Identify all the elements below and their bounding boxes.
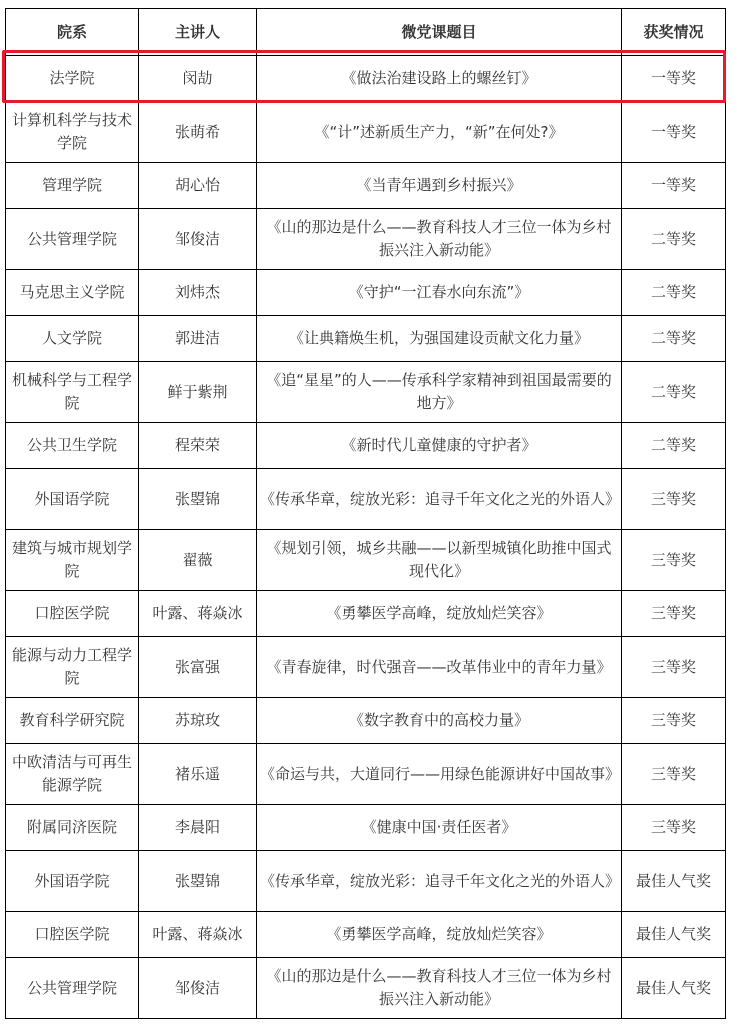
speaker-cell: 张萌希 (139, 102, 257, 163)
speaker-cell: 胡心怡 (139, 163, 257, 209)
table-row: 外国语学院张曌锦《传承华章，绽放光彩：追寻千年文化之光的外语人》最佳人气奖 (6, 851, 726, 912)
header-title: 微党课题目 (257, 9, 622, 56)
dept-cell: 外国语学院 (6, 469, 139, 530)
table-row: 计算机科学与技术学院张萌希《“计”述新质生产力，“新”在何处?》一等奖 (6, 102, 726, 163)
title-cell: 《“计”述新质生产力，“新”在何处?》 (257, 102, 622, 163)
table-row: 公共管理学院邹俊洁《山的那边是什么——教育科技人才三位一体为乡村振兴注入新动能》… (6, 209, 726, 270)
title-cell: 《当青年遇到乡村振兴》 (257, 163, 622, 209)
award-cell: 三等奖 (622, 805, 726, 851)
title-cell: 《勇攀医学高峰，绽放灿烂笑容》 (257, 912, 622, 958)
award-cell: 三等奖 (622, 698, 726, 744)
award-cell: 二等奖 (622, 316, 726, 362)
award-cell: 三等奖 (622, 637, 726, 698)
award-cell: 最佳人气奖 (622, 958, 726, 1019)
table-row: 人文学院郭进洁《让典籍焕生机，为强国建设贡献文化力量》二等奖 (6, 316, 726, 362)
award-cell: 一等奖 (622, 102, 726, 163)
dept-cell: 建筑与城市规划学院 (6, 530, 139, 591)
title-cell: 《勇攀医学高峰，绽放灿烂笑容》 (257, 591, 622, 637)
dept-cell: 能源与动力工程学院 (6, 637, 139, 698)
title-cell: 《做法治建设路上的螺丝钉》 (257, 56, 622, 102)
dept-cell: 公共卫生学院 (6, 423, 139, 469)
title-cell: 《山的那边是什么——教育科技人才三位一体为乡村振兴注入新动能》 (257, 209, 622, 270)
speaker-cell: 张曌锦 (139, 851, 257, 912)
award-cell: 三等奖 (622, 469, 726, 530)
awards-table: 院系 主讲人 微党课题目 获奖情况 法学院闵劼《做法治建设路上的螺丝钉》一等奖计… (5, 8, 726, 1019)
award-cell: 最佳人气奖 (622, 851, 726, 912)
award-cell: 一等奖 (622, 56, 726, 102)
table-row: 马克思主义学院刘炜杰《守护“一江春水向东流”》二等奖 (6, 270, 726, 316)
title-cell: 《新时代儿童健康的守护者》 (257, 423, 622, 469)
dept-cell: 教育科学研究院 (6, 698, 139, 744)
speaker-cell: 郭进洁 (139, 316, 257, 362)
title-cell: 《让典籍焕生机，为强国建设贡献文化力量》 (257, 316, 622, 362)
dept-cell: 中欧清洁与可再生能源学院 (6, 744, 139, 805)
dept-cell: 口腔医学院 (6, 591, 139, 637)
title-cell: 《健康中国·责任医者》 (257, 805, 622, 851)
dept-cell: 公共管理学院 (6, 209, 139, 270)
dept-cell: 马克思主义学院 (6, 270, 139, 316)
table-row: 建筑与城市规划学院翟薇《规划引领，城乡共融——以新型城镇化助推中国式现代化》三等… (6, 530, 726, 591)
award-cell: 二等奖 (622, 209, 726, 270)
speaker-cell: 叶露、蒋焱冰 (139, 591, 257, 637)
table-row: 附属同济医院李晨阳《健康中国·责任医者》三等奖 (6, 805, 726, 851)
table-row: 口腔医学院叶露、蒋焱冰《勇攀医学高峰，绽放灿烂笑容》三等奖 (6, 591, 726, 637)
speaker-cell: 鲜于紫荆 (139, 362, 257, 423)
title-cell: 《山的那边是什么——教育科技人才三位一体为乡村振兴注入新动能》 (257, 958, 622, 1019)
table-row: 公共管理学院邹俊洁《山的那边是什么——教育科技人才三位一体为乡村振兴注入新动能》… (6, 958, 726, 1019)
speaker-cell: 程荣荣 (139, 423, 257, 469)
speaker-cell: 闵劼 (139, 56, 257, 102)
award-cell: 三等奖 (622, 530, 726, 591)
title-cell: 《数字教育中的高校力量》 (257, 698, 622, 744)
speaker-cell: 叶露、蒋焱冰 (139, 912, 257, 958)
table-row: 管理学院胡心怡《当青年遇到乡村振兴》一等奖 (6, 163, 726, 209)
dept-cell: 外国语学院 (6, 851, 139, 912)
header-speaker: 主讲人 (139, 9, 257, 56)
award-cell: 三等奖 (622, 744, 726, 805)
award-cell: 一等奖 (622, 163, 726, 209)
dept-cell: 法学院 (6, 56, 139, 102)
table-row: 教育科学研究院苏琼玫《数字教育中的高校力量》三等奖 (6, 698, 726, 744)
table-row: 中欧清洁与可再生能源学院褚乐遥《命运与共，大道同行——用绿色能源讲好中国故事》三… (6, 744, 726, 805)
table-row: 外国语学院张曌锦《传承华章，绽放光彩：追寻千年文化之光的外语人》三等奖 (6, 469, 726, 530)
award-cell: 二等奖 (622, 362, 726, 423)
title-cell: 《传承华章，绽放光彩：追寻千年文化之光的外语人》 (257, 469, 622, 530)
dept-cell: 管理学院 (6, 163, 139, 209)
award-cell: 最佳人气奖 (622, 912, 726, 958)
header-award: 获奖情况 (622, 9, 726, 56)
title-cell: 《命运与共，大道同行——用绿色能源讲好中国故事》 (257, 744, 622, 805)
title-cell: 《守护“一江春水向东流”》 (257, 270, 622, 316)
dept-cell: 计算机科学与技术学院 (6, 102, 139, 163)
speaker-cell: 翟薇 (139, 530, 257, 591)
title-cell: 《追“星星”的人——传承科学家精神到祖国最需要的地方》 (257, 362, 622, 423)
title-cell: 《传承华章，绽放光彩：追寻千年文化之光的外语人》 (257, 851, 622, 912)
dept-cell: 公共管理学院 (6, 958, 139, 1019)
speaker-cell: 褚乐遥 (139, 744, 257, 805)
dept-cell: 人文学院 (6, 316, 139, 362)
title-cell: 《青春旋律，时代强音——改革伟业中的青年力量》 (257, 637, 622, 698)
table-row: 法学院闵劼《做法治建设路上的螺丝钉》一等奖 (6, 56, 726, 102)
table-row: 能源与动力工程学院张富强《青春旋律，时代强音——改革伟业中的青年力量》三等奖 (6, 637, 726, 698)
speaker-cell: 张曌锦 (139, 469, 257, 530)
speaker-cell: 张富强 (139, 637, 257, 698)
award-cell: 二等奖 (622, 423, 726, 469)
table-row: 公共卫生学院程荣荣《新时代儿童健康的守护者》二等奖 (6, 423, 726, 469)
dept-cell: 口腔医学院 (6, 912, 139, 958)
table-row: 机械科学与工程学院鲜于紫荆《追“星星”的人——传承科学家精神到祖国最需要的地方》… (6, 362, 726, 423)
header-row: 院系 主讲人 微党课题目 获奖情况 (6, 9, 726, 56)
speaker-cell: 李晨阳 (139, 805, 257, 851)
award-cell: 二等奖 (622, 270, 726, 316)
dept-cell: 附属同济医院 (6, 805, 139, 851)
speaker-cell: 邹俊洁 (139, 958, 257, 1019)
speaker-cell: 邹俊洁 (139, 209, 257, 270)
award-cell: 三等奖 (622, 591, 726, 637)
title-cell: 《规划引领，城乡共融——以新型城镇化助推中国式现代化》 (257, 530, 622, 591)
speaker-cell: 刘炜杰 (139, 270, 257, 316)
table-row: 口腔医学院叶露、蒋焱冰《勇攀医学高峰，绽放灿烂笑容》最佳人气奖 (6, 912, 726, 958)
speaker-cell: 苏琼玫 (139, 698, 257, 744)
header-dept: 院系 (6, 9, 139, 56)
dept-cell: 机械科学与工程学院 (6, 362, 139, 423)
